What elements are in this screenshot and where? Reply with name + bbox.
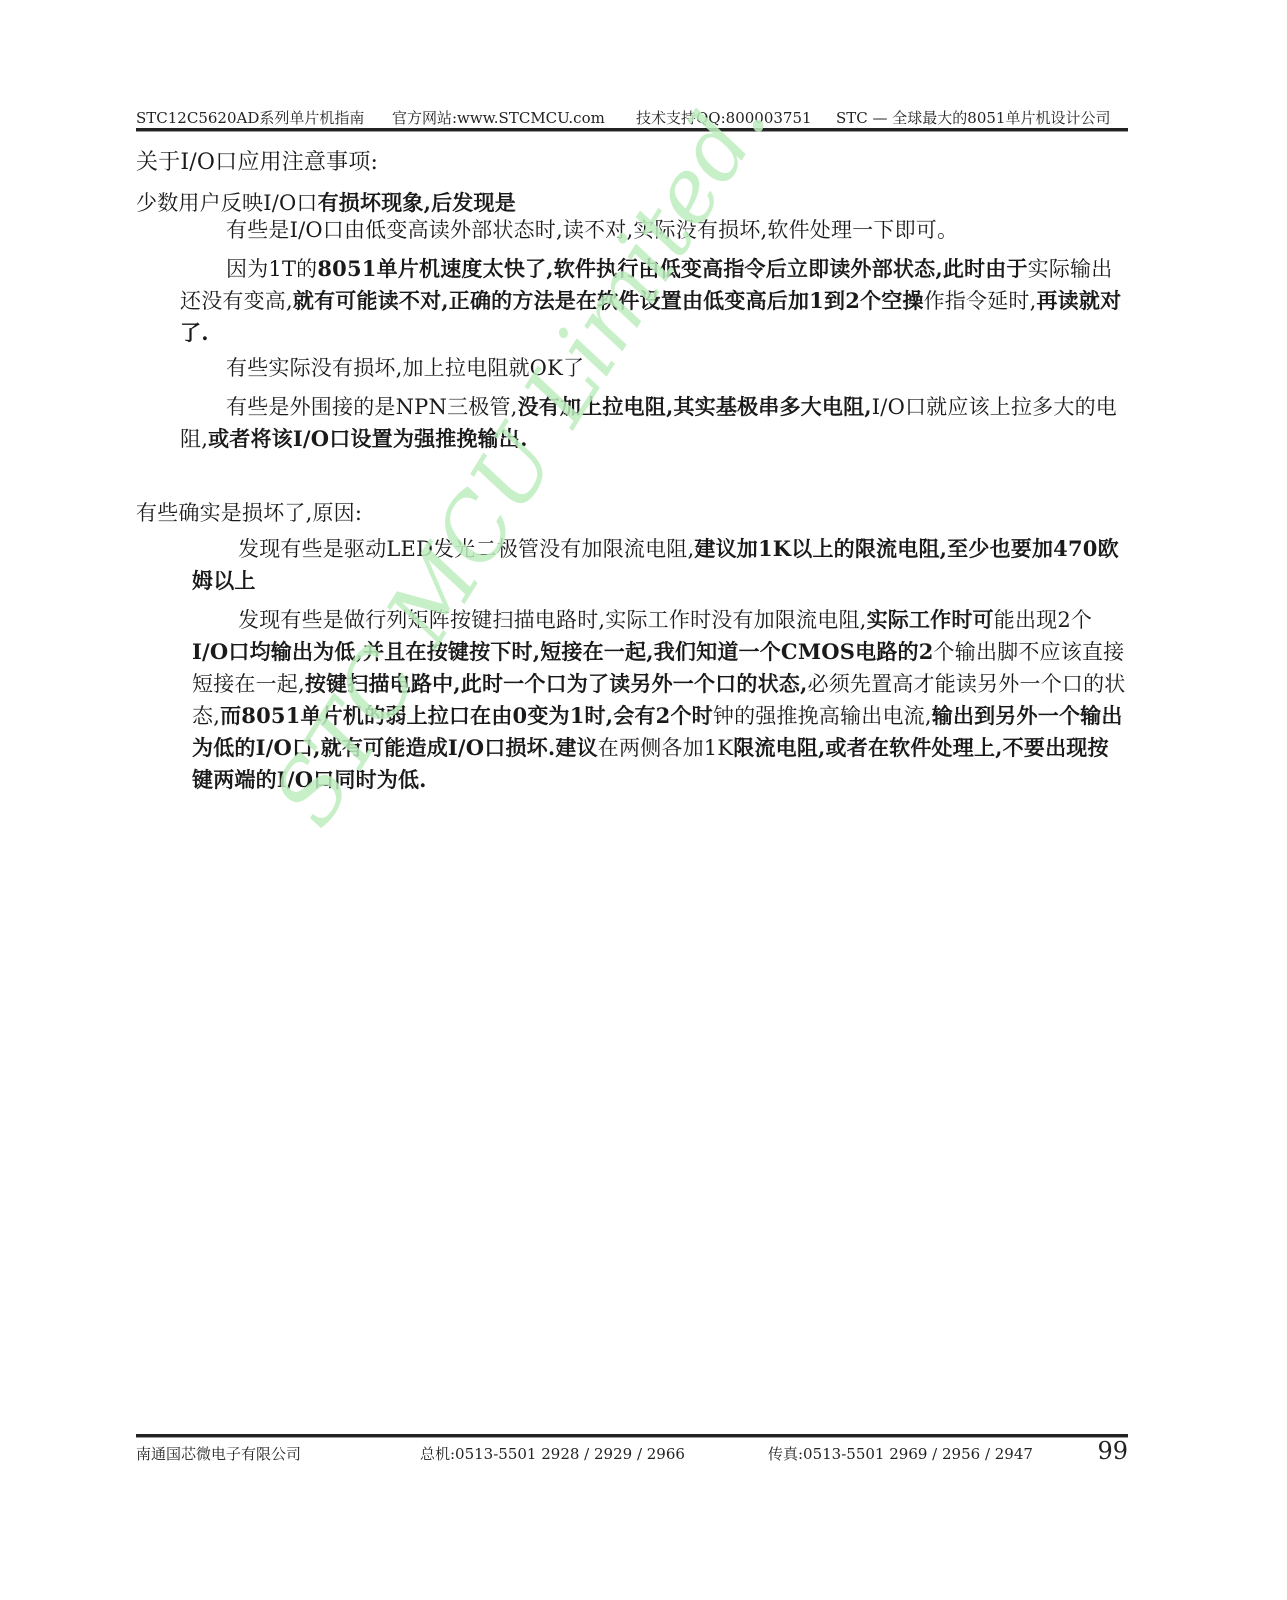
header-support: 技术支持QQ:800003751 [636, 107, 812, 128]
footer-rule-thin [136, 1437, 1128, 1438]
paragraph-text: I/O口就应该上 [872, 395, 1011, 419]
page-header: STC12C5620AD系列单片机指南 官方网站:www.STCMCU.com … [136, 107, 1128, 129]
header-doc-title: STC12C5620AD系列单片机指南 [136, 107, 364, 128]
paragraph-text-bold: 而8051单片机的弱上拉口在由0变为1时,会有2个时 [220, 703, 713, 728]
page-footer: 南通国芯微电子有限公司 总机:0513-5501 2928 / 2929 / 2… [136, 1441, 1128, 1467]
paragraph: 发现有些是做行列矩阵按键扫描电路时,实际工作时没有加限流电阻,实际工作时可能出现… [192, 604, 1128, 796]
header-website: 官方网站:www.STCMCU.com [392, 107, 605, 128]
paragraph-text-bold: 没有加上拉电阻,其实基极串多大电阻, [518, 394, 872, 419]
paragraph-text: 作指令延时, [924, 289, 1037, 313]
paragraph-text-bold: 或者将该I/O口设置为强推挽输出. [208, 426, 528, 451]
footer-phone: 总机:0513-5501 2928 / 2929 / 2966 [420, 1443, 685, 1464]
paragraph: 有些实际没有损坏,加上拉电阻就OK了 [180, 353, 1128, 384]
paragraph: 有些是I/O口由低变高读外部状态时,读不对,实际没有损坏,软件处理一下即可。 [180, 215, 1128, 246]
paragraph-text: 有些是I/O口由低变高读外部状态时,读不对,实际没有损坏,软件处理一下即可。 [226, 218, 958, 242]
section2-lead: 有些确实是损坏了,原因: [136, 498, 362, 529]
paragraph-text: 有些是外围接的是NPN三极管, [226, 395, 518, 419]
paragraph-text-bold: 建议加1K以上的限流电阻,至少也要 [694, 536, 1032, 561]
paragraph-text: 因为1T的 [226, 257, 317, 281]
paragraph-text-bold: 就有可能读不对,正确的方法是在软件设置由低变高后加1到2个空操 [293, 288, 924, 313]
header-rule-thin [136, 131, 1128, 132]
paragraph-text: 发现有些是驱动LED发光二极管没有加限流电阻, [238, 537, 694, 561]
footer-fax: 传真:0513-5501 2969 / 2956 / 2947 [768, 1443, 1033, 1464]
header-slogan: STC — 全球最大的8051单片机设计公司 [836, 107, 1110, 128]
paragraph: 有些是外围接的是NPN三极管,没有加上拉电阻,其实基极串多大电阻,I/O口就应该… [180, 391, 1128, 455]
footer-company: 南通国芯微电子有限公司 [136, 1443, 301, 1464]
paragraph-text-bold: 8051单片机速度太快了,软件执行由低变高指令后立即读外部状态,此时由于 [317, 256, 1027, 281]
paragraph-text-bold: 按键扫描电路中,此时一个口为了读另外一个口的状态, [305, 671, 808, 696]
paragraph: 因为1T的8051单片机速度太快了,软件执行由低变高指令后立即读外部状态,此时由… [180, 253, 1128, 349]
paragraph-text: 能出现2个 [994, 608, 1092, 632]
paragraph-text: 发现有些是做行列矩阵按键扫描电路时,实际工作时没有加限流电阻, [238, 608, 867, 632]
lead-text-bold: 有损坏现象,后发现是 [318, 190, 516, 215]
section-title: 关于I/O口应用注意事项: [136, 147, 378, 178]
paragraph-text-bold: 实际工作时可 [867, 607, 994, 632]
page-number: 99 [1097, 1437, 1128, 1465]
paragraph-text: 有些实际没有损坏,加上拉电阻就OK了 [226, 356, 584, 380]
lead-text: 少数用户反映I/O口 [136, 191, 318, 215]
paragraph-text-bold: I/O口均输出为低,并且在按键按下时,短接在一起,我们知道一个CMOS电路的2 [192, 639, 934, 664]
paragraph-text: 在两侧各加1K [598, 736, 733, 760]
document-page: STC12C5620AD系列单片机指南 官方网站:www.STCMCU.com … [0, 0, 1287, 1600]
paragraph-text: 钟的强推挽高输出电流, [713, 704, 932, 728]
paragraph: 发现有些是驱动LED发光二极管没有加限流电阻,建议加1K以上的限流电阻,至少也要… [192, 533, 1128, 597]
